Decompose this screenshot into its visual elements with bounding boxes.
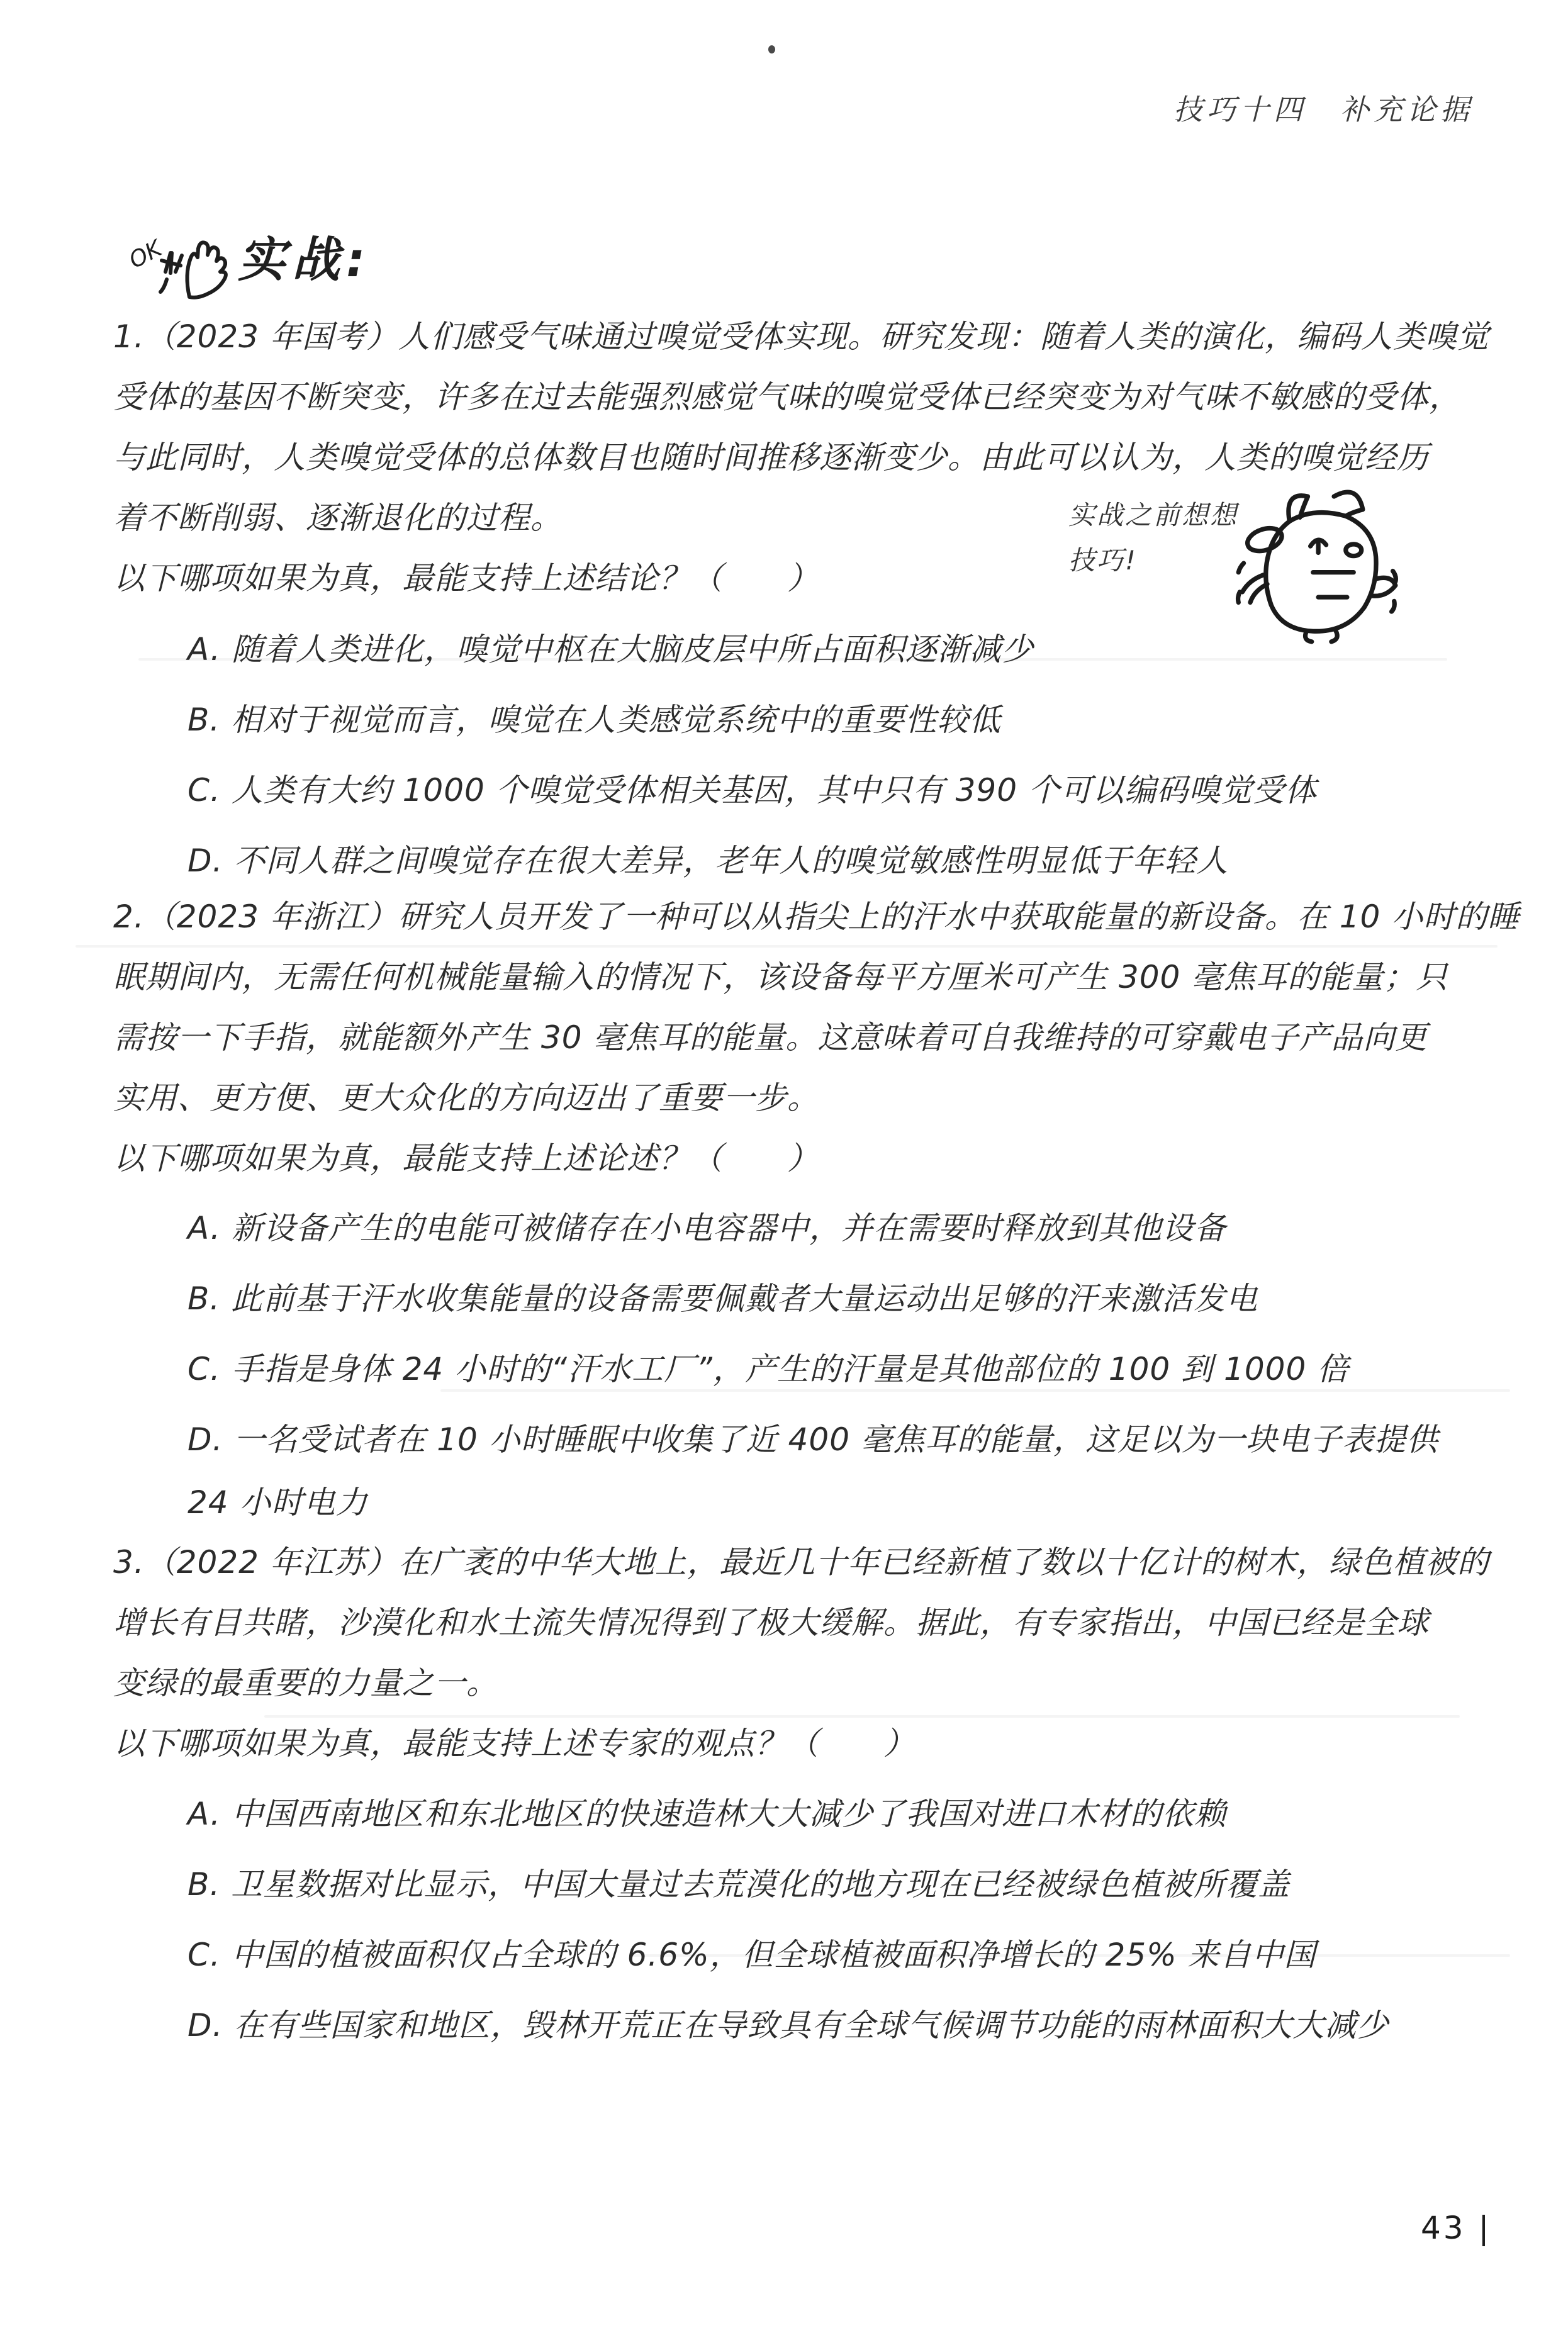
scan-artifact-line: [440, 1389, 1510, 1392]
q3-stem-line: 增长有目共睹，沙漠化和水土流失情况得到了极大缓解。据此，有专家指出，中国已经是全…: [113, 1598, 1429, 1643]
q1-stem-line: 受体的基因不断突变，许多在过去能强烈感觉气味的嗅觉受体已经突变为对气味不敏感的受…: [113, 372, 1461, 417]
q2-stem-line: 2.（2023 年浙江）研究人员开发了一种可以从指尖上的汗水中获取能量的新设备。…: [113, 892, 1520, 937]
scan-artifact-line: [264, 1715, 1460, 1718]
scan-artifact-line: [76, 945, 1498, 948]
q1-option-b: B. 相对于视觉而言，嗅觉在人类感觉系统中的重要性较低: [188, 695, 1001, 740]
scanned-workbook-page: 技巧十四 补充论据 OK 实战: 实战之前想想 技巧! 1.（2023 年国考: [0, 0, 1568, 2328]
q3-option-a: A. 中国西南地区和东北地区的快速造林大大减少了我国对进口木材的依赖: [188, 1789, 1226, 1834]
q2-stem-line: 实用、更方便、更大众化的方向迈出了重要一步。: [113, 1073, 819, 1118]
q1-stem-line: 1.（2023 年国考）人们感受气味通过嗅觉受体实现。研究发现：随着人类的演化，…: [113, 311, 1489, 357]
q3-stem-line: 3.（2022 年江苏）在广袤的中华大地上，最近几十年已经新植了数以十亿计的树木…: [113, 1537, 1489, 1582]
q3-prompt: 以下哪项如果为真，最能支持上述专家的观点？（ ）: [113, 1718, 916, 1764]
waving-hamster-doodle-icon: [1235, 479, 1398, 644]
q3-stem-line: 变绿的最重要的力量之一。: [113, 1658, 498, 1703]
q3-option-c: C. 中国的植被面积仅占全球的 6.6%，但全球植被面积净增长的 25% 来自中…: [188, 1930, 1316, 1975]
q2-option-d: D. 一名受试者在 10 小时睡眠中收集了近 400 毫焦耳的能量，这足以为一块…: [188, 1414, 1438, 1460]
page-header-title: 技巧十四 补充论据: [1173, 87, 1474, 128]
side-note-line-1: 实战之前想想: [1068, 495, 1238, 532]
svg-text:OK: OK: [129, 235, 167, 274]
q1-option-c: C. 人类有大约 1000 个嗅觉受体相关基因，其中只有 390 个可以编码嗅觉…: [188, 765, 1317, 810]
q2-option-b: B. 此前基于汗水收集能量的设备需要佩戴者大量运动出足够的汗来激活发电: [188, 1273, 1258, 1319]
scan-ink-dot: [768, 45, 775, 53]
q3-option-b: B. 卫星数据对比显示，中国大量过去荒漠化的地方现在已经被绿色植被所覆盖: [188, 1859, 1290, 1905]
q2-stem-line: 需按一下手指，就能额外产生 30 毫焦耳的能量。这意味着可自我维持的可穿戴电子产…: [113, 1012, 1427, 1058]
q2-option-c: C. 手指是身体 24 小时的“汗水工厂”，产生的汗量是其他部位的 100 到 …: [188, 1344, 1349, 1389]
page-number: 43 |: [1421, 2210, 1491, 2246]
side-note-line-2: 技巧!: [1068, 540, 1138, 578]
q2-option-a: A. 新设备产生的电能可被储存在小电容器中，并在需要时释放到其他设备: [188, 1203, 1226, 1248]
q1-stem-line: 着不断削弱、逐渐退化的过程。: [113, 493, 563, 538]
q2-option-d-continuation: 24 小时电力: [188, 1477, 368, 1523]
section-heading: 实战:: [238, 221, 371, 290]
q1-stem-line: 与此同时，人类嗅觉受体的总体数目也随时间推移逐渐变少。由此可以认为，人类的嗅觉经…: [113, 432, 1429, 478]
q2-prompt: 以下哪项如果为真，最能支持上述论述？（ ）: [113, 1133, 819, 1178]
q1-option-d: D. 不同人群之间嗅觉存在很大差异，老年人的嗅觉敏感性明显低于年轻人: [188, 836, 1228, 881]
ok-hand-doodle-icon: OK: [129, 214, 236, 305]
q1-option-a: A. 随着人类进化，嗅觉中枢在大脑皮层中所占面积逐渐减少: [188, 624, 1034, 669]
q2-stem-line: 眠期间内，无需任何机械能量输入的情况下，该设备每平方厘米可产生 300 毫焦耳的…: [113, 952, 1448, 997]
q1-prompt: 以下哪项如果为真，最能支持上述结论？（ ）: [113, 553, 819, 598]
q3-option-d: D. 在有些国家和地区，毁林开荒正在导致具有全球气候调节功能的雨林面积大大减少: [188, 2000, 1389, 2045]
